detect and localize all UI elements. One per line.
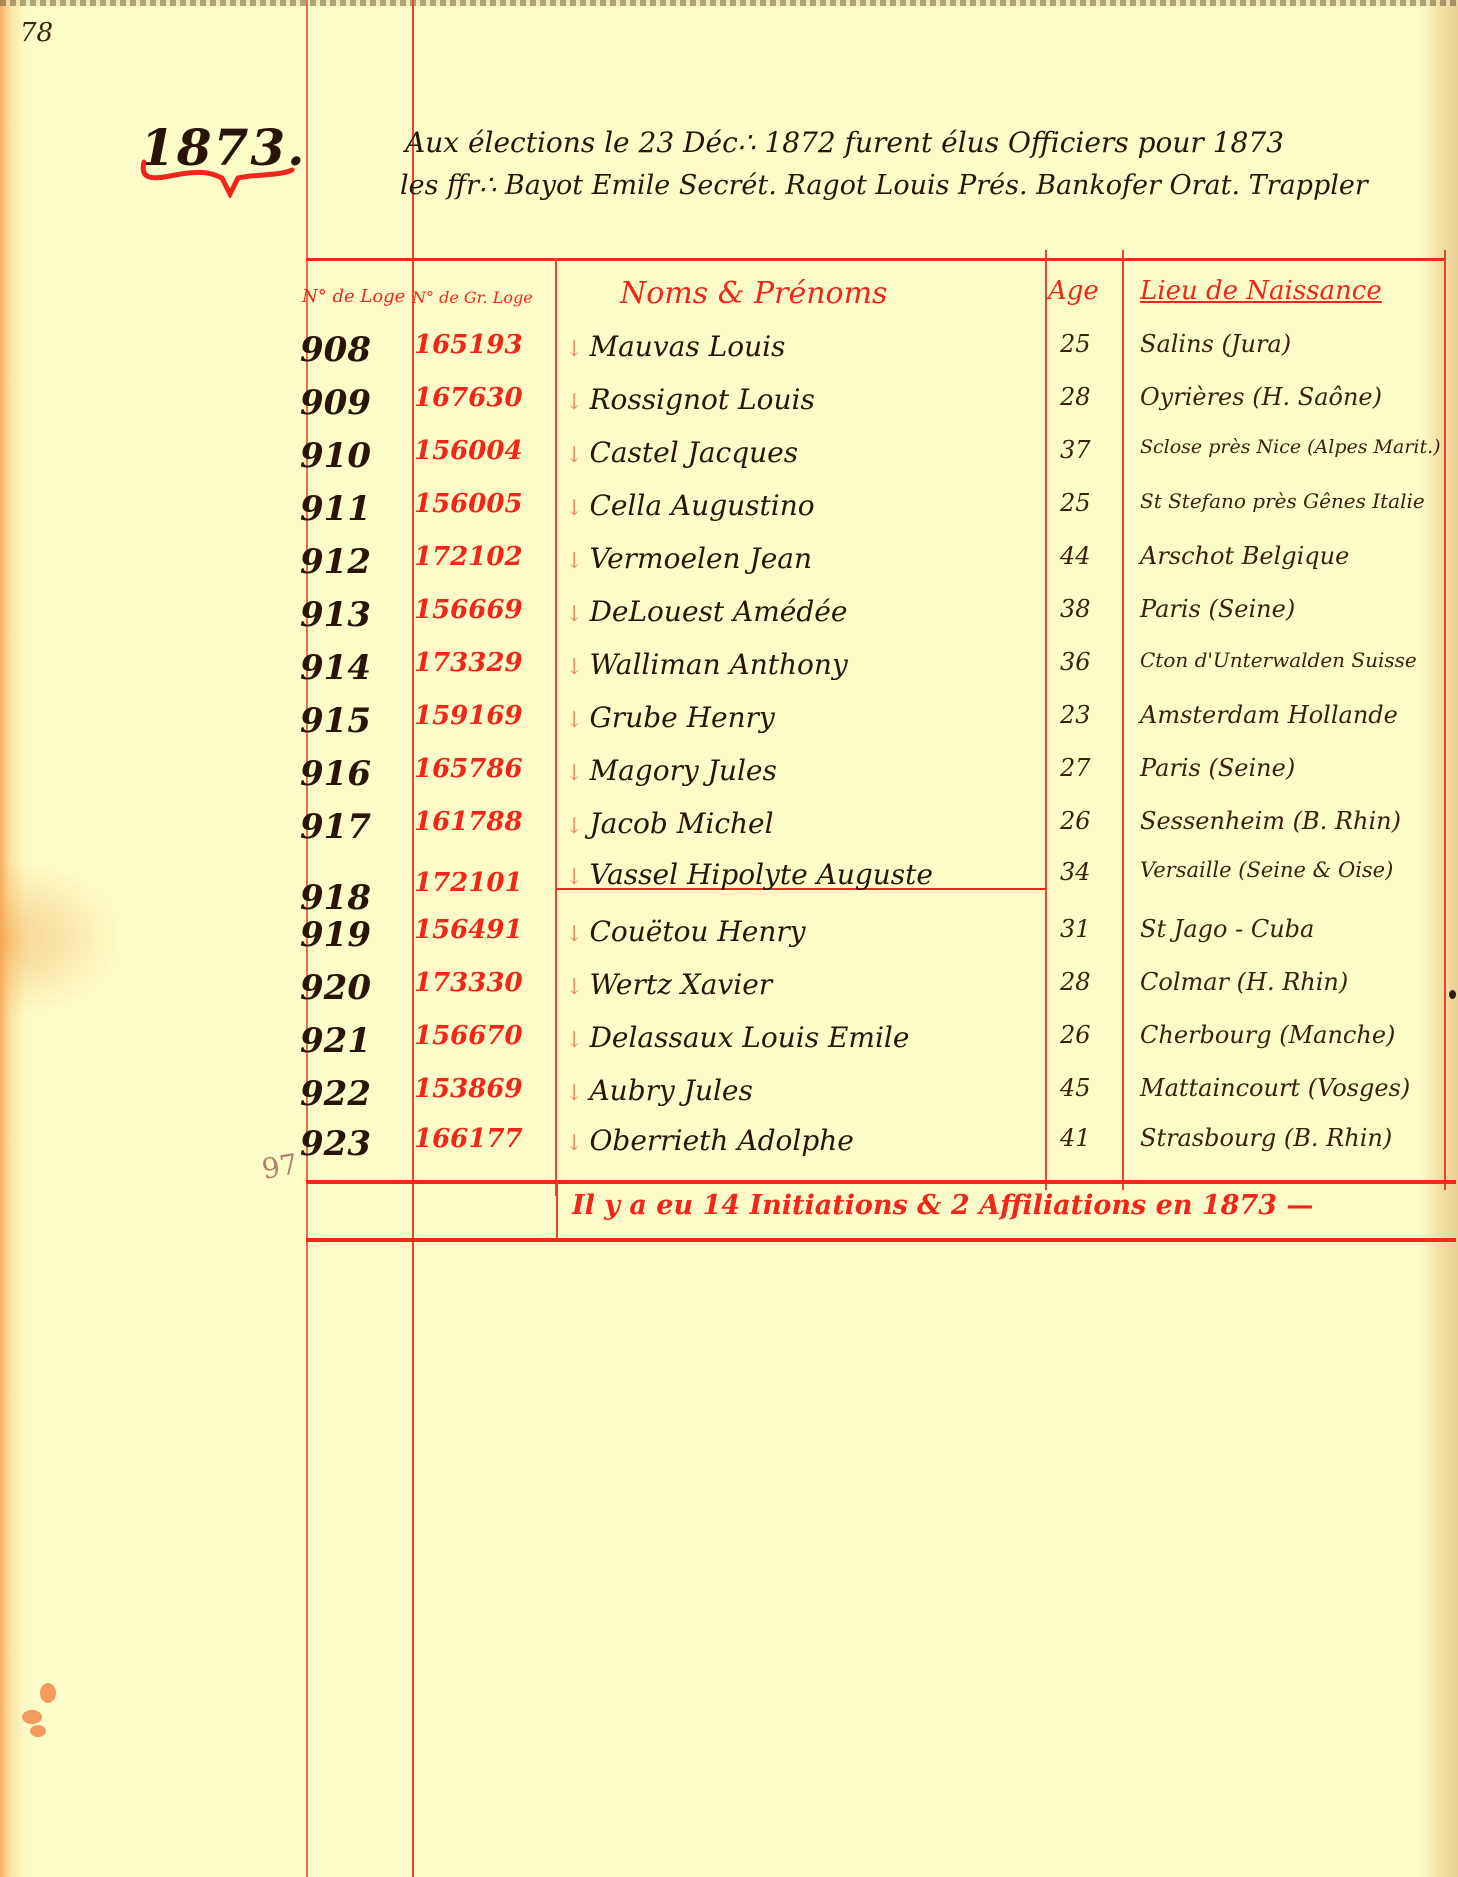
checkmark-icon: ↓: [565, 443, 583, 468]
table-row: 913 156669 ↓DeLouest Amédée 38 Paris (Se…: [0, 595, 1458, 647]
member-name: ↓Jacob Michel: [565, 807, 774, 840]
member-birthplace: Mattaincourt (Vosges): [1140, 1074, 1410, 1102]
member-birthplace: Paris (Seine): [1140, 595, 1295, 623]
summary-left-tick: [556, 1182, 558, 1240]
member-name: ↓Delassaux Louis Emile: [565, 1021, 909, 1054]
member-name: ↓Vassel Hipolyte Auguste: [565, 858, 933, 891]
member-birthplace: Cton d'Unterwalden Suisse: [1140, 648, 1417, 672]
summary-bottom-rule: [306, 1238, 1456, 1242]
checkmark-icon: ↓: [565, 337, 583, 362]
lodge-number: 919: [300, 915, 371, 955]
member-birthplace: Cherbourg (Manche): [1140, 1021, 1395, 1049]
member-age: 36: [1060, 648, 1091, 676]
checkmark-icon: ↓: [565, 549, 583, 574]
member-name: ↓Mauvas Louis: [565, 330, 785, 363]
member-age: 25: [1060, 489, 1091, 517]
grand-lodge-number: 165786: [414, 754, 523, 784]
column-header-age: Age: [1048, 276, 1099, 306]
table-row: 912 172102 ↓Vermoelen Jean 44 Arschot Be…: [0, 542, 1458, 594]
member-name-text: Castel Jacques: [589, 436, 798, 469]
member-name-text: Magory Jules: [589, 754, 776, 787]
member-name: ↓Magory Jules: [565, 754, 777, 787]
table-row: 918 172101 ↓Vassel Hipolyte Auguste 34 V…: [0, 858, 1458, 910]
checkmark-icon: ↓: [565, 975, 583, 1000]
yearly-summary: Il y a eu 14 Initiations & 2 Affiliation…: [572, 1190, 1313, 1221]
member-name-text: Grube Henry: [589, 701, 774, 734]
member-name-text: Aubry Jules: [589, 1074, 752, 1107]
member-name: ↓Grube Henry: [565, 701, 775, 734]
checkmark-icon: ↓: [565, 865, 583, 890]
member-name: ↓Castel Jacques: [565, 436, 798, 469]
grand-lodge-number: 166177: [414, 1124, 523, 1154]
checkmark-icon: ↓: [565, 1028, 583, 1053]
member-name-text: Mauvas Louis: [589, 330, 785, 363]
member-age: 28: [1060, 968, 1091, 996]
member-birthplace: Colmar (H. Rhin): [1140, 968, 1348, 996]
table-row: 917 161788 ↓Jacob Michel 26 Sessenheim (…: [0, 807, 1458, 859]
member-name: ↓Couëtou Henry: [565, 915, 806, 948]
ink-stain: [40, 1683, 56, 1703]
member-birthplace: St Jago - Cuba: [1140, 915, 1314, 943]
member-birthplace: Salins (Jura): [1140, 330, 1291, 358]
member-name-text: Wertz Xavier: [589, 968, 772, 1001]
checkmark-icon: ↓: [565, 1131, 583, 1156]
lodge-number: 923: [300, 1124, 371, 1164]
grand-lodge-number: 165193: [414, 330, 523, 360]
grand-lodge-number: 156670: [414, 1021, 523, 1051]
member-name: ↓Cella Augustino: [565, 489, 815, 522]
grand-lodge-number: 156004: [414, 436, 523, 466]
grand-lodge-number: 173329: [414, 648, 523, 678]
member-name: ↓Vermoelen Jean: [565, 542, 812, 575]
year-flourish-icon: [140, 158, 295, 198]
checkmark-icon: ↓: [565, 390, 583, 415]
lodge-number: 922: [300, 1074, 371, 1114]
member-birthplace: Sessenheim (B. Rhin): [1140, 807, 1401, 835]
table-row: 910 156004 ↓Castel Jacques 37 Sclose prè…: [0, 436, 1458, 488]
grand-lodge-number: 167630: [414, 383, 523, 413]
column-header-names: Noms & Prénoms: [620, 276, 887, 311]
member-birthplace: Oyrières (H. Saône): [1140, 383, 1382, 411]
lodge-number: 910: [300, 436, 371, 476]
lodge-number: 912: [300, 542, 371, 582]
grand-lodge-number: 172101: [414, 868, 523, 898]
table-row: 922 153869 ↓Aubry Jules 45 Mattaincourt …: [0, 1074, 1458, 1126]
member-age: 44: [1060, 542, 1091, 570]
member-name-text: Couëtou Henry: [589, 915, 805, 948]
member-age: 37: [1060, 436, 1091, 464]
member-name-text: Rossignot Louis: [589, 383, 814, 416]
member-age: 31: [1060, 915, 1091, 943]
member-name: ↓Aubry Jules: [565, 1074, 753, 1107]
checkmark-icon: ↓: [565, 655, 583, 680]
grand-lodge-number: 156491: [414, 915, 523, 945]
member-name-text: Cella Augustino: [589, 489, 814, 522]
grand-lodge-number: 153869: [414, 1074, 523, 1104]
member-name: ↓Oberrieth Adolphe: [565, 1124, 854, 1157]
member-age: 41: [1060, 1124, 1091, 1152]
lodge-number: 921: [300, 1021, 371, 1061]
member-age: 27: [1060, 754, 1091, 782]
page-number: 78: [20, 18, 53, 48]
ledger-page: 78 1873. Aux élections le 23 Déc∴ 1872 f…: [0, 0, 1458, 1877]
checkmark-icon: ↓: [565, 708, 583, 733]
member-name-text: Walliman Anthony: [589, 648, 847, 681]
table-row: 923 166177 ↓Oberrieth Adolphe 41 Strasbo…: [0, 1124, 1458, 1176]
member-age: 45: [1060, 1074, 1091, 1102]
checkmark-icon: ↓: [565, 814, 583, 839]
table-row: 909 167630 ↓Rossignot Louis 28 Oyrières …: [0, 383, 1458, 435]
member-name-text: Delassaux Louis Emile: [589, 1021, 909, 1054]
member-name-text: Oberrieth Adolphe: [589, 1124, 853, 1157]
ink-stain: [22, 1710, 42, 1724]
lodge-number: 913: [300, 595, 371, 635]
table-row: 919 156491 ↓Couëtou Henry 31 St Jago - C…: [0, 915, 1458, 967]
checkmark-icon: ↓: [565, 922, 583, 947]
checkmark-icon: ↓: [565, 761, 583, 786]
member-birthplace: Strasbourg (B. Rhin): [1140, 1124, 1392, 1152]
table-row: 920 173330 ↓Wertz Xavier 28 Colmar (H. R…: [0, 968, 1458, 1020]
lodge-number: 915: [300, 701, 371, 741]
member-name: ↓DeLouest Amédée: [565, 595, 847, 628]
table-top-rule: [306, 258, 1446, 261]
member-name-text: DeLouest Amédée: [589, 595, 847, 628]
lodge-number: 916: [300, 754, 371, 794]
table-bottom-rule: [306, 1180, 1456, 1184]
member-age: 26: [1060, 807, 1091, 835]
lodge-number: 914: [300, 648, 371, 688]
member-birthplace: Sclose près Nice (Alpes Marit.): [1140, 436, 1441, 458]
column-header-grand-lodge-no: N° de Gr. Loge: [412, 288, 533, 307]
checkmark-icon: ↓: [565, 1081, 583, 1106]
member-age: 34: [1060, 858, 1091, 886]
ink-stain: [30, 1725, 46, 1737]
member-name-text: Jacob Michel: [589, 807, 773, 840]
table-row: 915 159169 ↓Grube Henry 23 Amsterdam Hol…: [0, 701, 1458, 753]
grand-lodge-number: 159169: [414, 701, 523, 731]
checkmark-icon: ↓: [565, 496, 583, 521]
column-header-birthplace: Lieu de Naissance: [1140, 276, 1382, 306]
member-name: ↓Wertz Xavier: [565, 968, 772, 1001]
table-row: 921 156670 ↓Delassaux Louis Emile 26 Che…: [0, 1021, 1458, 1073]
lodge-number: 909: [300, 383, 371, 423]
member-birthplace: St Stefano près Gênes Italie: [1140, 489, 1425, 513]
election-note-line-2: les ffr∴ Bayot Emile Secrét. Ragot Louis…: [400, 170, 1368, 201]
member-name: ↓Rossignot Louis: [565, 383, 815, 416]
table-row: 914 173329 ↓Walliman Anthony 36 Cton d'U…: [0, 648, 1458, 700]
member-birthplace: Versaille (Seine & Oise): [1140, 858, 1393, 882]
member-age: 23: [1060, 701, 1091, 729]
member-name-text: Vermoelen Jean: [589, 542, 812, 575]
member-age: 25: [1060, 330, 1091, 358]
page-top-edge: [0, 0, 1458, 6]
lodge-number: 917: [300, 807, 371, 847]
member-age: 38: [1060, 595, 1091, 623]
grand-lodge-number: 161788: [414, 807, 523, 837]
member-birthplace: Paris (Seine): [1140, 754, 1295, 782]
member-name-text: Vassel Hipolyte Auguste: [589, 858, 933, 891]
lodge-number: 908: [300, 330, 371, 370]
table-row: 908 165193 ↓Mauvas Louis 25 Salins (Jura…: [0, 330, 1458, 382]
checkmark-icon: ↓: [565, 602, 583, 627]
column-header-lodge-no: N° de Loge: [302, 286, 405, 307]
grand-lodge-number: 156669: [414, 595, 523, 625]
member-age: 28: [1060, 383, 1091, 411]
table-row: 916 165786 ↓Magory Jules 27 Paris (Seine…: [0, 754, 1458, 806]
member-birthplace: Amsterdam Hollande: [1140, 701, 1398, 729]
member-name: ↓Walliman Anthony: [565, 648, 848, 681]
election-note-line-1: Aux élections le 23 Déc∴ 1872 furent élu…: [405, 126, 1284, 159]
lodge-number: 918: [300, 878, 371, 918]
table-row: 911 156005 ↓Cella Augustino 25 St Stefan…: [0, 489, 1458, 541]
grand-lodge-number: 172102: [414, 542, 523, 572]
lodge-number: 911: [300, 489, 371, 529]
member-age: 26: [1060, 1021, 1091, 1049]
member-birthplace: Arschot Belgique: [1140, 542, 1349, 570]
margin-pencil-note: 97: [259, 1147, 300, 1186]
grand-lodge-number: 173330: [414, 968, 523, 998]
grand-lodge-number: 156005: [414, 489, 523, 519]
lodge-number: 920: [300, 968, 371, 1008]
